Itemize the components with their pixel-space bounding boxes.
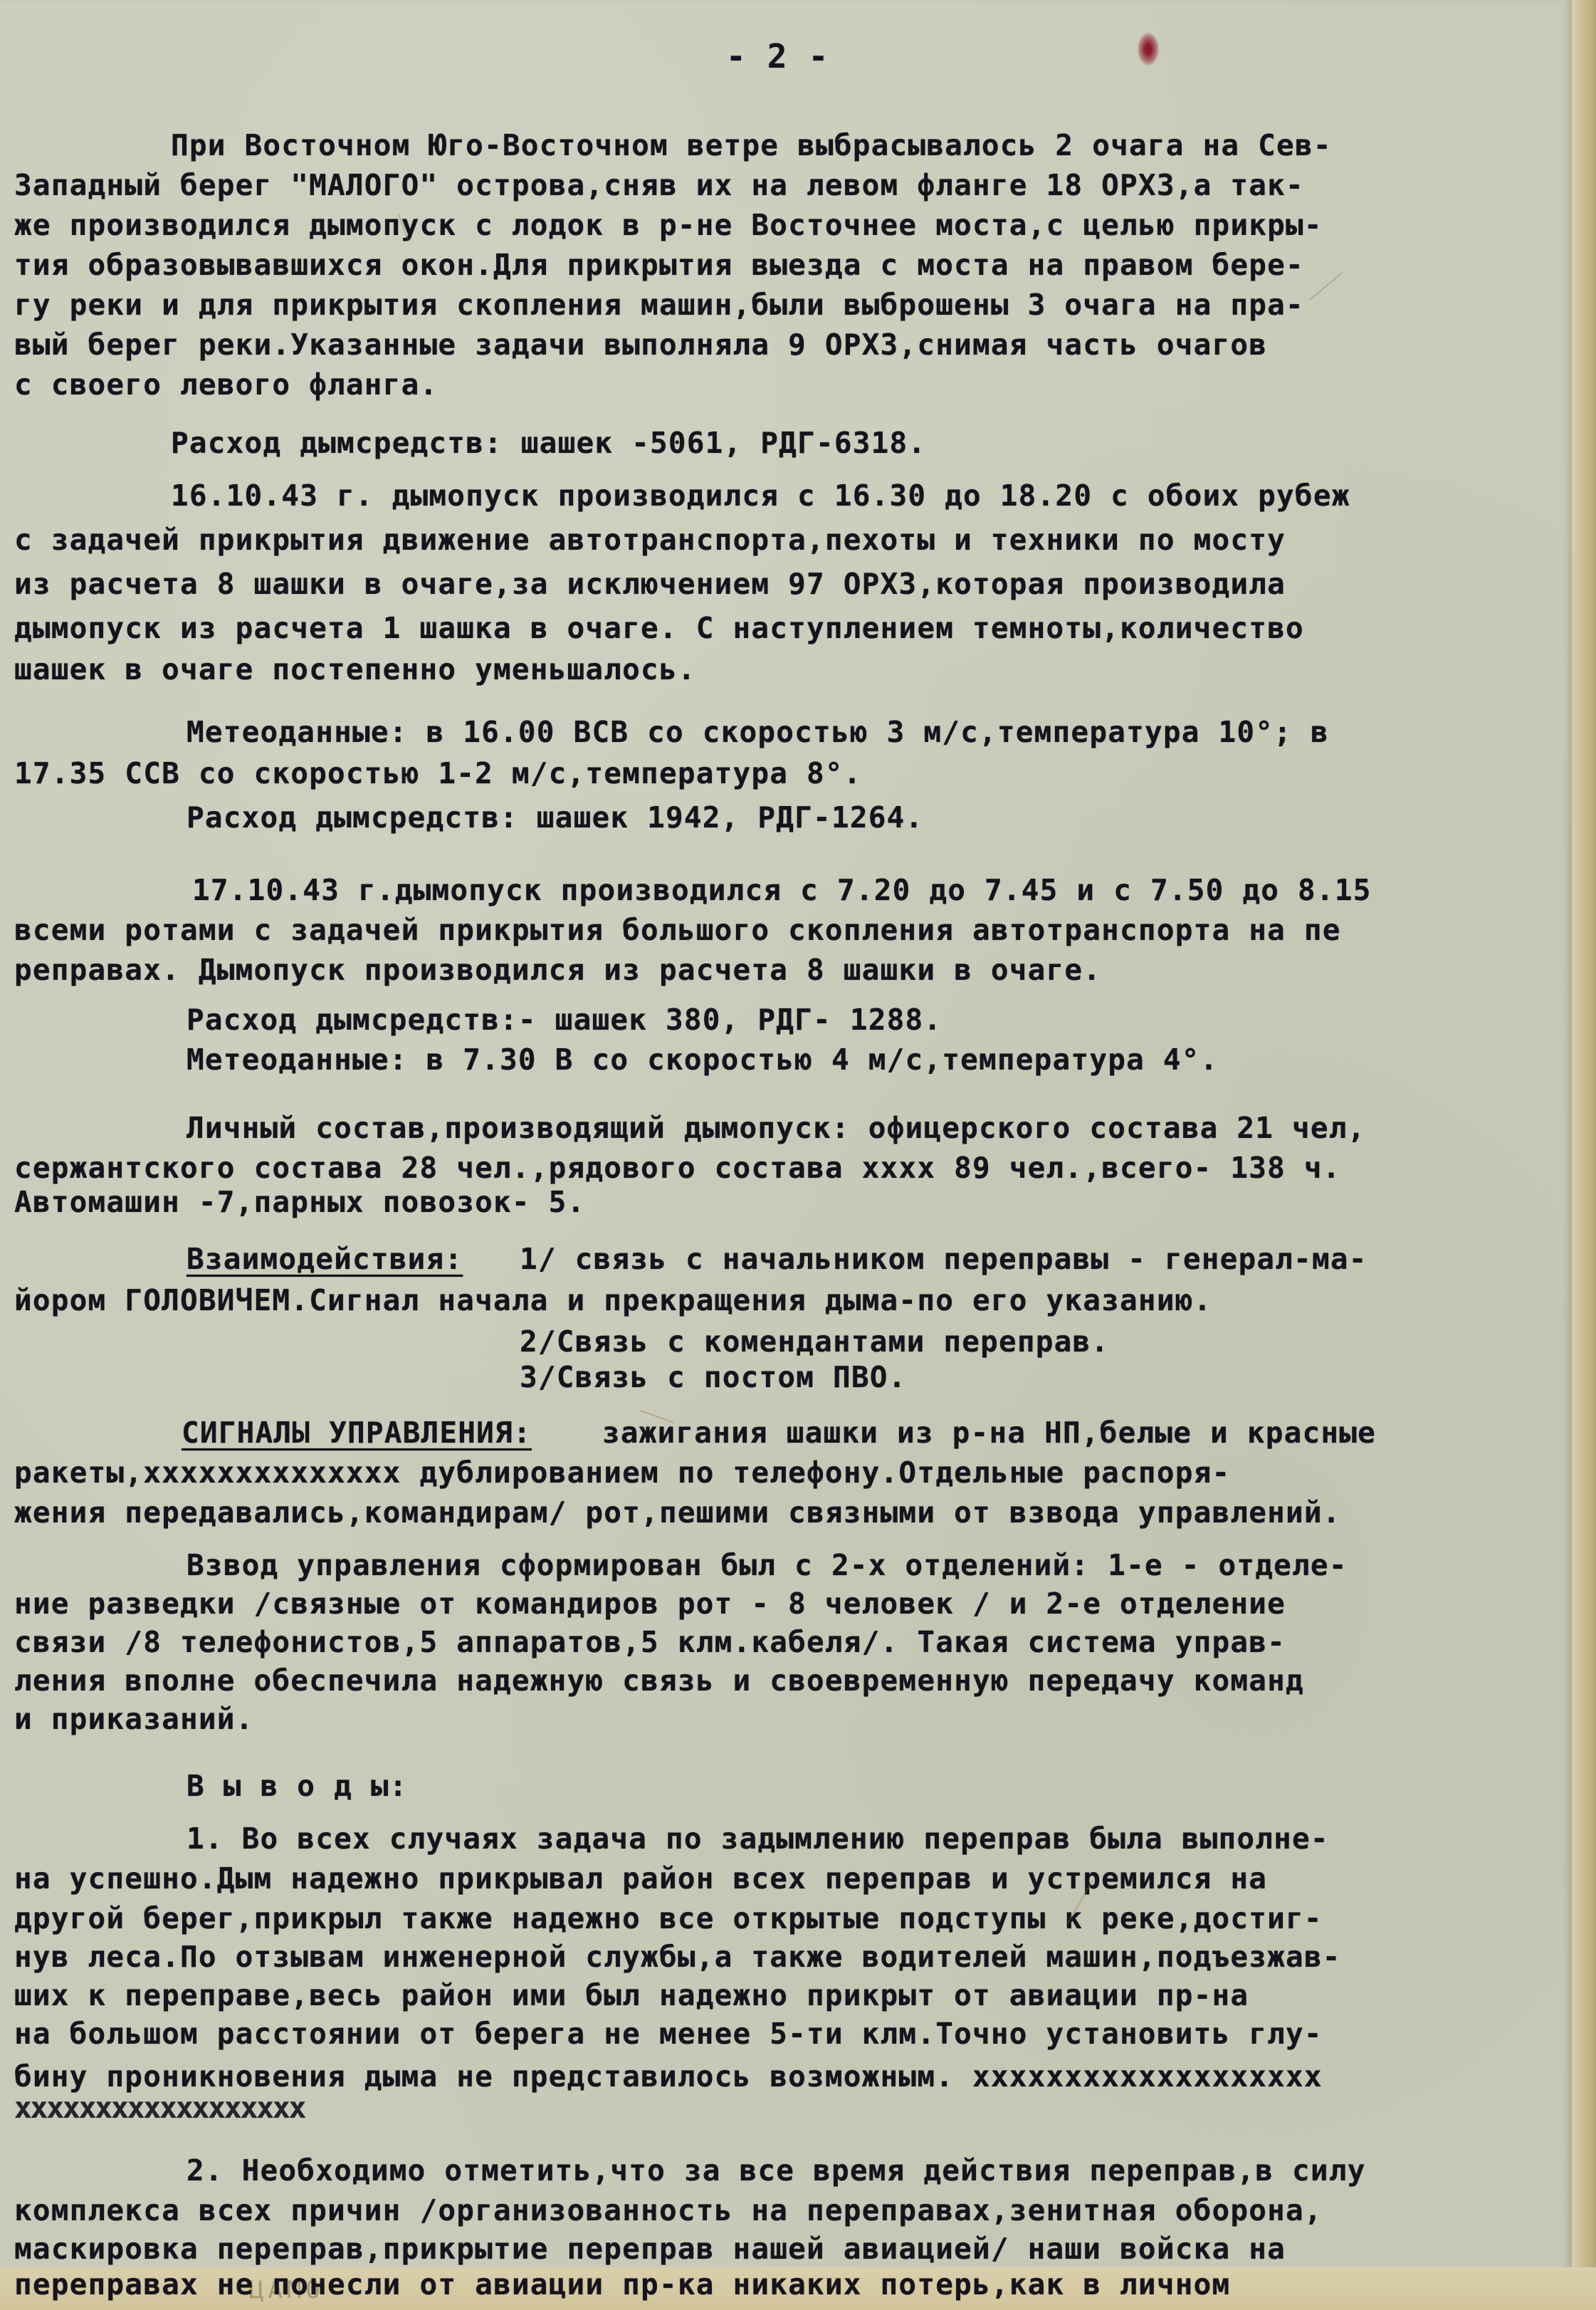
- text-line: 17.10.43 г.дымопуск производился с 7.20 …: [192, 873, 1372, 907]
- text-line: другой берег,прикрыл также надежно все о…: [14, 1901, 1323, 1935]
- text-line: же производился дымопуск с лодок в р-не …: [14, 208, 1323, 242]
- text-line: Расход дымсредств: шашек 1942, РДГ-1264.: [187, 800, 923, 835]
- text-line: Метеоданные: в 16.00 ВСВ со скоростью 3 …: [187, 715, 1329, 749]
- text-line: маскировка переправ,прикрытие переправ н…: [14, 2232, 1286, 2266]
- text-line: из расчета 8 шашки в очаге,за исключение…: [14, 567, 1286, 601]
- text-line: бину проникновения дыма не представилось…: [14, 2059, 1323, 2094]
- text-line: вый берег реки.Указанные задачи выполнял…: [14, 328, 1267, 362]
- text-line: Взвод управления сформирован был с 2-х о…: [187, 1548, 1348, 1582]
- text-line: шашек в очаге постепенно уменьшалось.: [14, 652, 696, 686]
- page-edge: [1572, 0, 1596, 2310]
- red-ink-stamp-mark: [1138, 33, 1159, 66]
- text-line: ления вполне обеспечила надежную связь и…: [14, 1663, 1304, 1698]
- text-line: всеми ротами с задачей прикрытия большог…: [14, 913, 1341, 947]
- section-heading-control-signals: СИГНАЛЫ УПРАВЛЕНИЯ:: [182, 1416, 532, 1450]
- text-line: 1. Во всех случаях задача по задымлению …: [187, 1822, 1329, 1856]
- struck-out-text: xxxxxxxxxxxxxxxxxx: [14, 2091, 305, 2125]
- text-line: 17.35 ССВ со скоростью 1-2 м/с,температу…: [14, 756, 862, 790]
- text-line: Личный состав,производящий дымопуск: офи…: [187, 1111, 1366, 1145]
- text-line: связи /8 телефонистов,5 аппаратов,5 клм.…: [14, 1625, 1286, 1659]
- text-line: ших к переправе,весь район ими был надеж…: [14, 1978, 1249, 2012]
- text-line: При Восточном Юго-Восточном ветре выбрас…: [171, 128, 1332, 162]
- text-line: 1/ связь с начальником переправы - генер…: [520, 1242, 1367, 1276]
- text-line: ракеты,xxxxxxxxxxxxxx дублированием по т…: [14, 1455, 1230, 1490]
- text-line: гу реки и для прикрытия скопления машин,…: [14, 288, 1304, 322]
- text-line: комплекса всех причин /организованность …: [14, 2193, 1323, 2227]
- text-line: и приказаний.: [14, 1702, 254, 1736]
- text-line: на успешно.Дым надежно прикрывал район в…: [14, 1861, 1267, 1896]
- text-line: сержантского состава 28 чел.,рядового со…: [14, 1151, 1341, 1185]
- section-heading-interaction: Взаимодействия:: [187, 1242, 463, 1276]
- text-line: Автомашин -7,парных повозок- 5.: [14, 1185, 585, 1219]
- text-line: на большом расстоянии от берега не менее…: [14, 2017, 1323, 2051]
- text-line: зажигания шашки из р-на НП,белые и красн…: [584, 1416, 1376, 1450]
- text-line: йором ГОЛОВИЧЕМ.Сигнал начала и прекраще…: [14, 1283, 1212, 1317]
- text-line: тия образовывавшихся окон.Для прикрытия …: [14, 248, 1304, 282]
- text-line: с задачей прикрытия движение автотранспо…: [14, 523, 1286, 557]
- text-line: 3/Связь с постом ПВО.: [520, 1360, 907, 1394]
- text-line: Метеоданные: в 7.30 В со скоростью 4 м/с…: [187, 1042, 1219, 1077]
- text-line: жения передавались,командирам/ рот,пешим…: [14, 1495, 1341, 1530]
- text-line: дымопуск из расчета 1 шашка в очаге. С н…: [14, 611, 1304, 645]
- text-line: Расход дымсредств: шашек -5061, РДГ-6318…: [171, 426, 926, 460]
- text-line: 16.10.43 г. дымопуск производился с 16.3…: [171, 479, 1350, 513]
- text-line: реправах. Дымопуск производился из расче…: [14, 953, 1101, 987]
- text-line: нув леса.По отзывам инженерной службы,а …: [14, 1940, 1341, 1974]
- text-line: ние разведки /связные от командиров рот …: [14, 1587, 1286, 1621]
- text-line: Расход дымсредств:- шашек 380, РДГ- 1288…: [187, 1003, 942, 1037]
- page-number: - 2 -: [726, 37, 829, 75]
- text-line: с своего левого фланга.: [14, 367, 438, 402]
- section-heading-conclusions: В ы в о д ы:: [187, 1769, 408, 1803]
- text-line: 2/Связь с комендантами переправ.: [520, 1324, 1109, 1359]
- text-line: 2. Необходимо отметить,что за все время …: [187, 2153, 1366, 2188]
- text-line: переправах не понесли от авиации пр-ка н…: [14, 2267, 1230, 2301]
- text-line: Западный берег "МАЛОГО" острова,сняв их …: [14, 168, 1304, 202]
